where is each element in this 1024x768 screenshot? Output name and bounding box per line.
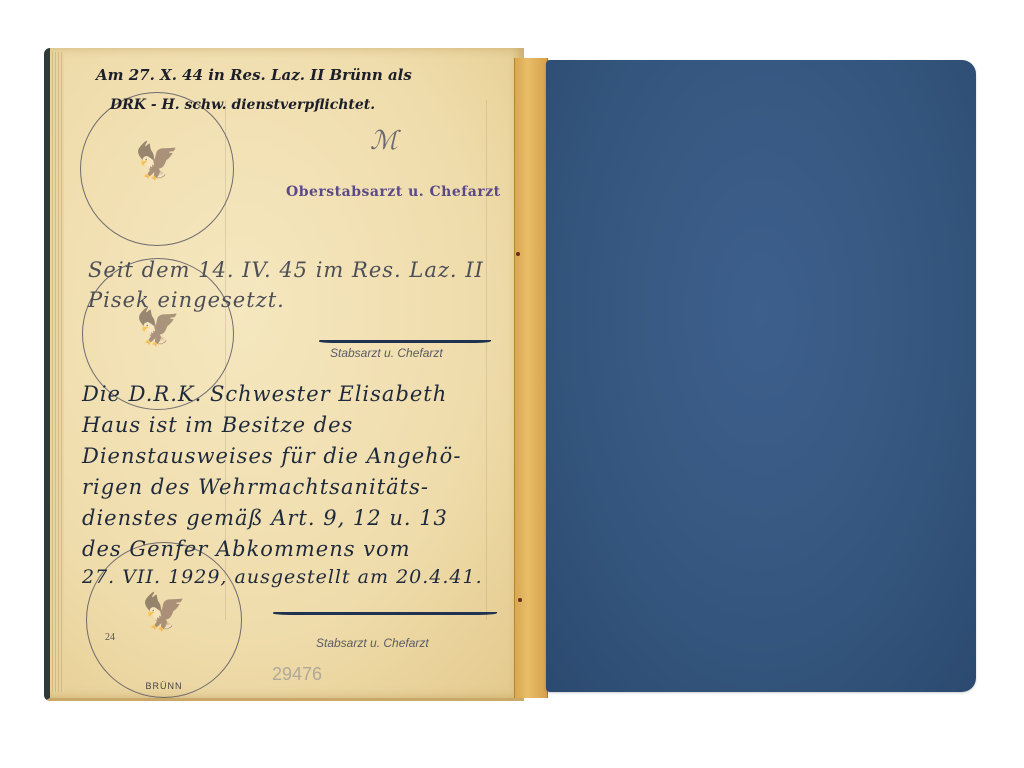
- book-gutter: [514, 58, 548, 698]
- signature-2: [272, 598, 504, 615]
- page-edges: [50, 52, 64, 692]
- pencil-archive-number: 29476: [272, 664, 322, 685]
- stain: [518, 598, 522, 602]
- eagle-emblem-icon: 🦅: [135, 140, 180, 182]
- stamp-city: BRÜNN: [87, 681, 241, 691]
- official-stamp-1: 🦅: [80, 92, 234, 246]
- entry-3-line: des Genfer Abkommens vom: [82, 537, 411, 561]
- entry-3-line: dienstes gemäß Art. 9, 12 u. 13: [82, 506, 448, 530]
- stain: [516, 252, 520, 256]
- entry-1-line-1: Am 27. X. 44 in Res. Laz. II Brünn als: [96, 66, 412, 84]
- stamp-title-oberstabsarzt: Oberstabsarzt u. Chefarzt: [286, 184, 501, 200]
- open-booklet-photo: 🦅 🦅 🦅 24 BRÜNN Am 27. X. 44 in Res. Laz.…: [0, 0, 1024, 768]
- entry-3-line: Haus ist im Besitze des: [82, 413, 353, 437]
- entry-3-line: rigen des Wehrmachtsanitäts-: [82, 475, 429, 499]
- signature-1: [318, 326, 498, 343]
- entry-3-line: Dienstausweises für die Angehö-: [82, 444, 461, 468]
- blue-cover: [546, 60, 976, 692]
- entry-3-line: Die D.R.K. Schwester Elisabeth: [82, 382, 447, 406]
- title-stabsarzt-2: Stabsarzt u. Chefarzt: [316, 636, 429, 650]
- entry-2-line-2: Pisek eingesetzt.: [88, 288, 285, 312]
- pencil-signature: ℳ: [370, 126, 398, 156]
- entry-2-line-1: Seit dem 14. IV. 45 im Res. Laz. II: [88, 258, 484, 282]
- stamp-number: 24: [105, 632, 115, 643]
- eagle-emblem-icon: 🦅: [142, 591, 187, 633]
- title-stabsarzt-1: Stabsarzt u. Chefarzt: [330, 346, 443, 360]
- entry-1-line-2: DRK - H. schw. dienstverpflichtet.: [110, 97, 375, 113]
- entry-3-line: 27. VII. 1929, ausgestellt am 20.4.41.: [82, 566, 483, 588]
